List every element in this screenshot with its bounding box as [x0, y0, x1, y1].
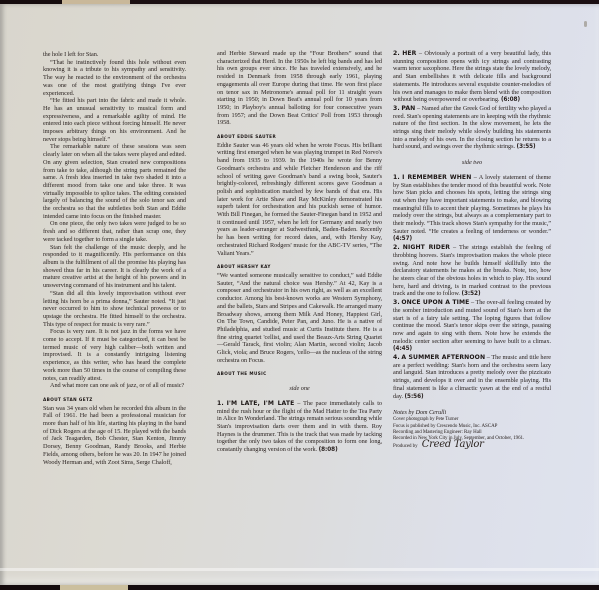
track-duration: (3:52): [461, 291, 480, 297]
track-number: 3.: [393, 299, 400, 306]
track-title: ONCE UPON A TIME: [401, 299, 469, 306]
track-duration: (4:45): [393, 346, 412, 352]
track-duration: (6:08): [501, 97, 520, 103]
paragraph: The remarkable nature of these sessions …: [43, 143, 186, 220]
track-number: 4.: [393, 354, 400, 361]
track-item: 4. A SUMMER AFTERNOON – The music and ti…: [393, 354, 551, 401]
produced-by-label: Produced by: [393, 444, 418, 449]
paragraph: And what more can one ask of jazz, or of…: [43, 382, 186, 390]
middle-column: and Herbie Steward made up the “Four Bro…: [217, 50, 382, 455]
credits-block: Notes by Dom Cerulli Cover photograph by…: [393, 409, 551, 450]
section-heading-about-music: About the Music: [217, 370, 382, 378]
track-number: 3.: [393, 105, 400, 112]
track-duration: (8:08): [319, 447, 338, 453]
track-duration: (3:55): [517, 144, 536, 150]
track-item: 1. I'M LATE, I'M LATE – The pace immedia…: [217, 400, 382, 455]
scan-edge-bottom: [0, 585, 599, 590]
paragraph: the hole I left for Stan.: [43, 51, 186, 59]
track-title: I'M LATE, I'M LATE: [227, 400, 295, 407]
track-item: 3. ONCE UPON A TIME – The over-all feeli…: [393, 299, 551, 354]
paragraph: Focus is very rare. It is not jazz in th…: [43, 328, 186, 382]
track-number: 2.: [393, 50, 400, 57]
left-column: the hole I left for Stan. “That he insti…: [43, 51, 186, 466]
bio-stan-getz: Stan was 34 years old when he recorded t…: [43, 405, 186, 467]
album-back-cover: the hole I left for Stan. “That he insti…: [0, 4, 599, 585]
track-description: Obviously a portrait of a very beautiful…: [393, 50, 551, 103]
bio-stan-getz-continued: and Herbie Steward made up the “Four Bro…: [217, 50, 382, 127]
track-title: I REMEMBER WHEN: [402, 174, 471, 181]
track-number: 1.: [393, 174, 400, 181]
paragraph: “He fitted his part into the fabric and …: [43, 97, 186, 143]
section-heading-eddie-sauter: About Eddie Sauter: [217, 133, 382, 141]
track-item: 1. I REMEMBER WHEN – A lovely statement …: [393, 174, 551, 244]
track-item: 3. PAN – Named after the Greek God of fe…: [393, 105, 551, 152]
bio-hershy-kay: “We wanted someone musically sensitive t…: [217, 272, 382, 364]
paragraph: “Stan did all this lovely improvisation …: [43, 290, 186, 329]
producer-line: Produced by Creed Taylor: [393, 442, 551, 450]
track-item: 2. HER – Obviously a portrait of a very …: [393, 50, 551, 105]
track-item: 2. NIGHT RIDER – The strings establish t…: [393, 244, 551, 299]
track-duration: (4:57): [393, 236, 412, 242]
track-description: The pace immediately calls to mind the r…: [217, 400, 382, 453]
side-two-label: side two: [393, 159, 551, 167]
track-description: The strings establish the feeling of thr…: [393, 244, 551, 297]
track-title: PAN: [401, 105, 415, 112]
producer-signature: Creed Taylor: [422, 439, 484, 450]
print-blemish: [584, 21, 587, 27]
track-title: NIGHT RIDER: [403, 244, 450, 251]
section-heading-stan-getz: About Stan Getz: [43, 396, 186, 404]
paragraph: Stan felt the challenge of the music dee…: [43, 244, 186, 290]
track-title: A SUMMER AFTERNOON: [401, 354, 485, 361]
right-column: 2. HER – Obviously a portrait of a very …: [393, 50, 551, 451]
track-duration: (5:56): [405, 394, 424, 400]
paragraph: “That he instinctively found this hole w…: [43, 59, 186, 98]
track-number: 2.: [393, 244, 400, 251]
notes-author: Notes by Dom Cerulli: [393, 409, 551, 417]
bio-eddie-sauter: Eddie Sauter was 46 years old when he wr…: [217, 142, 382, 258]
track-description: The over-all feeling created by the somb…: [393, 299, 551, 345]
section-heading-hershy-kay: About Hershy Kay: [217, 263, 382, 271]
track-number: 1.: [217, 400, 224, 407]
track-title: HER: [402, 50, 416, 57]
track-description: A lovely statement of theme by Stan esta…: [393, 174, 551, 235]
side-one-label: side one: [217, 385, 382, 393]
paragraph: On one piece, the only two takes were ju…: [43, 220, 186, 243]
